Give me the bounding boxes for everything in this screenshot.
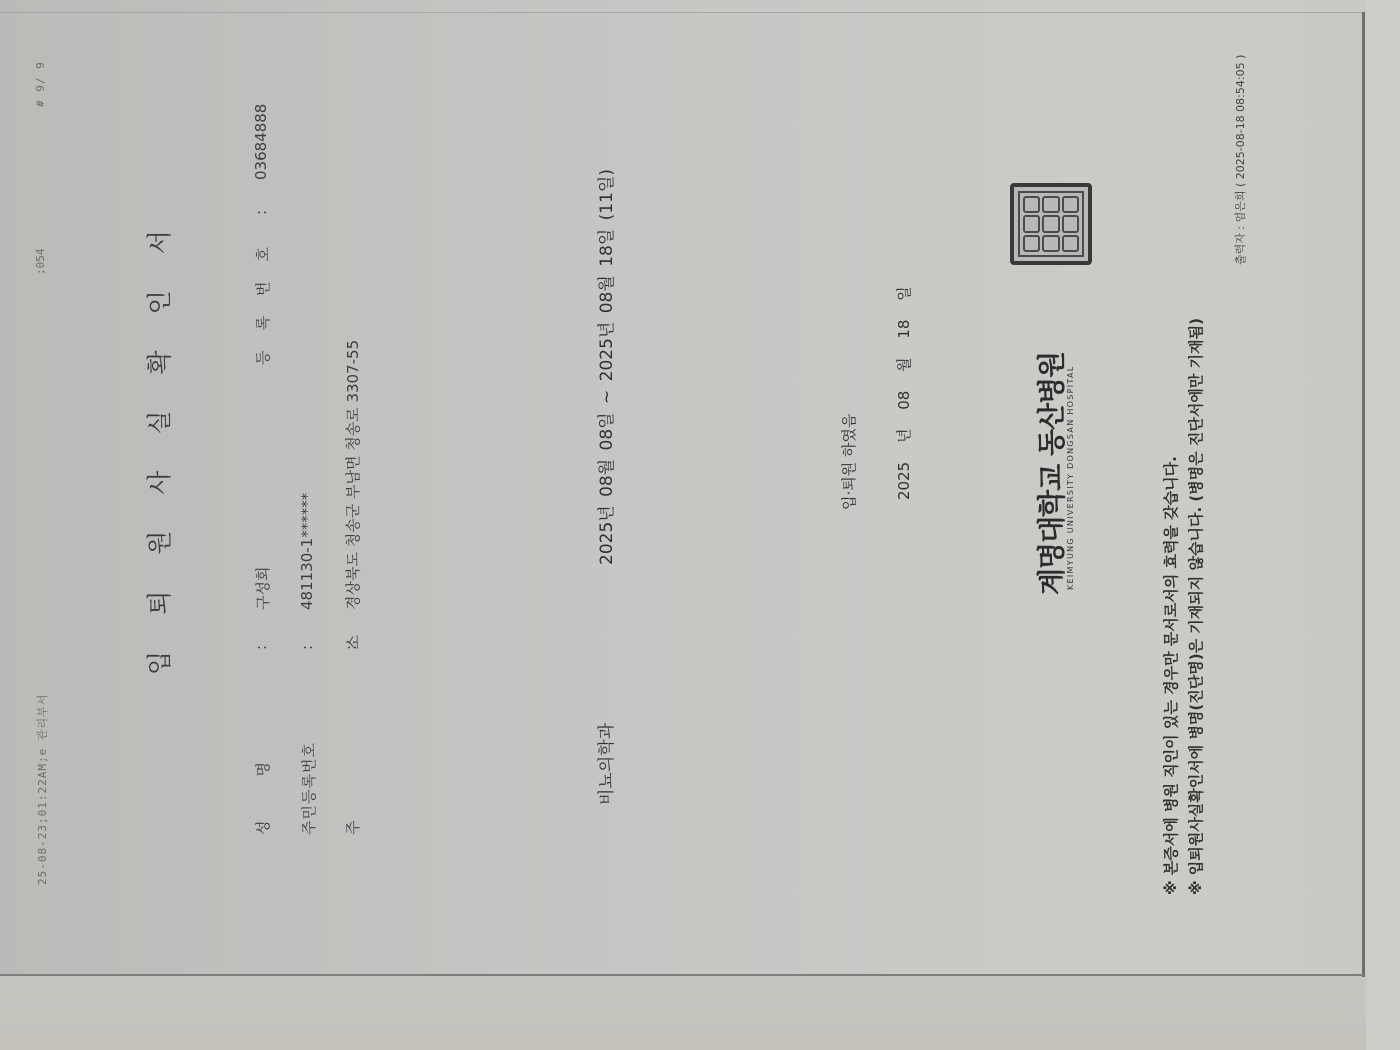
seal-glyph bbox=[1023, 235, 1040, 252]
colon: : bbox=[342, 645, 360, 650]
admission-discharge-certificate: 25-08-23;01:22AM;e 관리부서 ;054 # 9/ 9 입 퇴 … bbox=[0, 13, 1362, 975]
patient-rrn: 481130-1****** bbox=[298, 493, 316, 610]
print-info: 출력자 : 엄은희 ( 2025-08-18 08:54:05 ) bbox=[1232, 55, 1248, 265]
seal-glyph bbox=[1042, 196, 1059, 213]
background-surface bbox=[0, 975, 1366, 1050]
hospital-name-english: KEIMYUNG UNIVERSITY DONGSAN HOSPITAL bbox=[1066, 365, 1075, 590]
fax-code: ;054 bbox=[34, 249, 47, 276]
colon: : bbox=[252, 210, 270, 215]
hospital-seal-icon bbox=[1010, 183, 1092, 265]
validity-note: ※ 본증서에 병원 직인이 있는 경우만 문서로서의 효력을 갖습니다. bbox=[1160, 456, 1181, 895]
registration-number: 03684888 bbox=[252, 104, 270, 180]
document-title: 입 퇴 원 사 실 확 인 서 bbox=[140, 216, 176, 675]
hospital-name-korean: 계명대학교 동산병원 bbox=[1030, 352, 1070, 595]
admission-statement: 입·퇴원 하였음 bbox=[838, 414, 859, 510]
background-surface bbox=[1366, 0, 1400, 1050]
fax-header-timestamp: 25-08-23;01:22AM;e 관리부서 bbox=[34, 694, 50, 885]
fax-timestamp: 25-08-23;01:22AM;e bbox=[36, 748, 49, 885]
name-label: 성명 bbox=[252, 718, 273, 835]
registration-number-label: 등록번호 bbox=[252, 227, 273, 365]
seal-glyph bbox=[1042, 235, 1059, 252]
issue-date: 2025 년 08 월 18 일 bbox=[893, 286, 914, 500]
diagnosis-note: ※ 입퇴원사실확인서에 병명(진단명)은 기재되지 않습니다. (병명은 진단서… bbox=[1185, 318, 1206, 895]
seal-glyph bbox=[1023, 196, 1040, 213]
seal-glyph bbox=[1062, 235, 1079, 252]
colon: : bbox=[298, 645, 316, 650]
page-number: # 9/ 9 bbox=[34, 61, 47, 107]
patient-name: 구성회 bbox=[252, 567, 273, 610]
seal-pattern bbox=[1018, 191, 1084, 257]
fax-sender: 관리부서 bbox=[36, 694, 49, 741]
patient-address: 경상북도 청송군 부남면 청송로 3307-55 bbox=[342, 340, 363, 610]
seal-glyph bbox=[1062, 196, 1079, 213]
department: 비뇨의학과 bbox=[592, 723, 617, 805]
seal-glyph bbox=[1023, 215, 1040, 232]
rrn-label: 주민등록번호 bbox=[298, 742, 319, 835]
seal-glyph bbox=[1042, 215, 1059, 232]
paper-edge bbox=[1362, 12, 1365, 977]
admission-period: 2025년 08월 08일 ~ 2025년 08월 18일 (11일) bbox=[592, 169, 617, 565]
colon: : bbox=[252, 645, 270, 650]
seal-glyph bbox=[1062, 215, 1079, 232]
